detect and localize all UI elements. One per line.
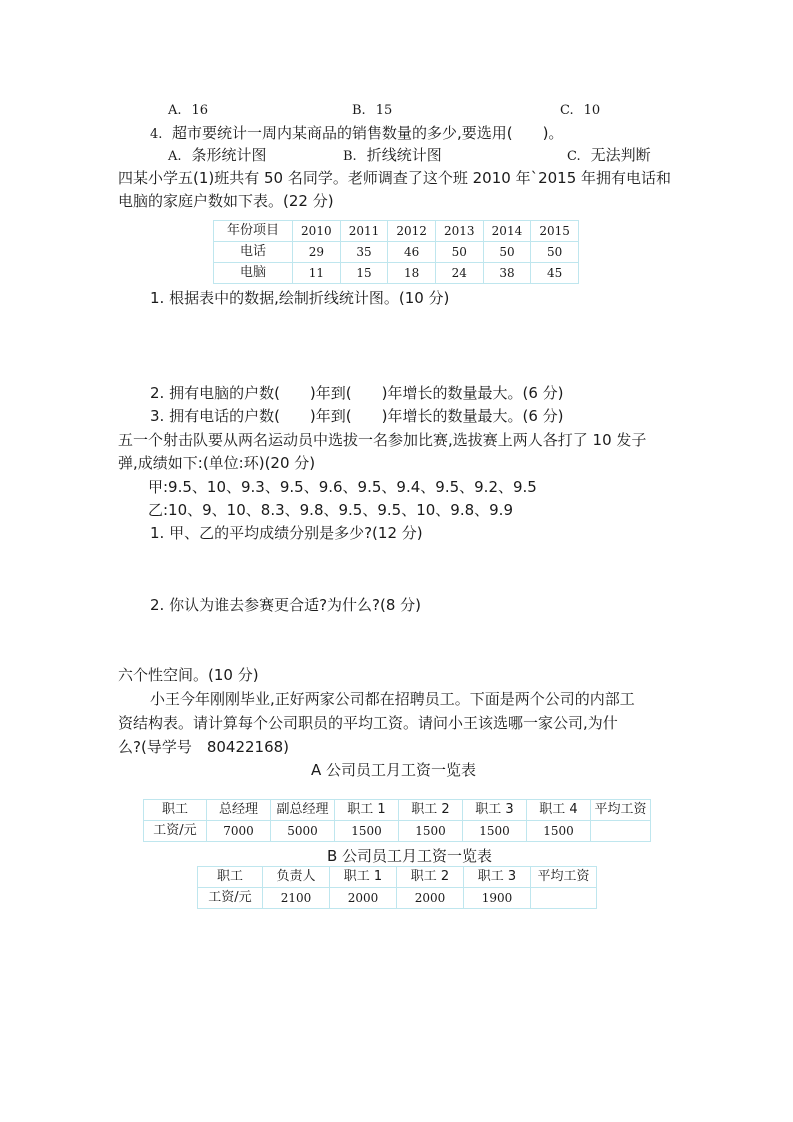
- shooter-jia-scores: 甲:9.5、10、9.3、9.5、9.6、9.5、9.4、9.5、9.2、9.5: [148, 477, 537, 497]
- table-cell: 50: [435, 242, 483, 263]
- table-cell: 工资/元: [198, 888, 263, 909]
- table-cell: 1500: [527, 821, 591, 842]
- table-cell: 1900: [464, 888, 531, 909]
- table-cell: 45: [531, 263, 579, 284]
- table-cell: 1500: [399, 821, 463, 842]
- option-text: 无法判断: [591, 146, 651, 164]
- table-cell: 平均工资: [591, 800, 651, 821]
- option-text: 条形统计图: [192, 146, 267, 164]
- section-5-question-1: 1. 甲、乙的平均成绩分别是多少?(12 分): [150, 523, 423, 543]
- section-5-question-2: 2. 你认为谁去参赛更合适?为什么?(8 分): [150, 595, 421, 615]
- question-text: 超市要统计一周内某商品的销售数量的多少,要选用( )。: [172, 124, 563, 142]
- q3-option-b: B.15: [352, 99, 392, 121]
- q4-option-b: B.折线统计图: [343, 145, 442, 167]
- q3-option-a: A.16: [168, 99, 208, 121]
- table-row: 工资/元 7000 5000 1500 1500 1500 1500: [144, 821, 651, 842]
- section-6-title: 六个性空间。(10 分): [118, 665, 259, 685]
- table-header-row: 职工 总经理 副总经理 职工 1 职工 2 职工 3 职工 4 平均工资: [144, 800, 651, 821]
- question-number: 4.: [150, 127, 162, 142]
- table-cell: 职工 2: [399, 800, 463, 821]
- section-4-question-1: 1. 根据表中的数据,绘制折线统计图。(10 分): [150, 288, 449, 308]
- table-cell: 50: [531, 242, 579, 263]
- table-row: 电话 29 35 46 50 50 50: [214, 242, 579, 263]
- q4-option-c: C.无法判断: [567, 145, 651, 167]
- table-cell: 2012: [388, 221, 436, 242]
- table-cell: 5000: [271, 821, 335, 842]
- table-cell: 15: [340, 263, 388, 284]
- table-cell: 职工 1: [330, 867, 397, 888]
- option-key: B.: [343, 149, 357, 164]
- table-cell: 24: [435, 263, 483, 284]
- table-cell: 7000: [207, 821, 271, 842]
- table-cell: 1500: [463, 821, 527, 842]
- option-key: C.: [567, 149, 581, 164]
- section-6-paragraph-line-3: 么?(导学号 80422168): [118, 737, 289, 757]
- table-cell: 职工 3: [463, 800, 527, 821]
- option-text: 16: [192, 103, 209, 118]
- section-5-intro-line-1: 五一个射击队要从两名运动员中选拔一名参加比赛,选拔赛上两人各打了 10 发子: [118, 430, 646, 450]
- table-header-row: 年份项目 2010 2011 2012 2013 2014 2015: [214, 221, 579, 242]
- table-cell: 2011: [340, 221, 388, 242]
- table-a-caption: A 公司员工月工资一览表: [311, 760, 476, 780]
- q4-option-a: A.条形统计图: [168, 145, 267, 167]
- section-5-intro-line-2: 弹,成绩如下:(单位:环)(20 分): [118, 453, 315, 473]
- option-key: B.: [352, 103, 366, 118]
- table-cell: 2015: [531, 221, 579, 242]
- q3-option-c: C.10: [560, 99, 600, 121]
- table-row: 电脑 11 15 18 24 38 45: [214, 263, 579, 284]
- option-key: A.: [168, 103, 182, 118]
- section-4-question-2: 2. 拥有电脑的户数( )年到( )年增长的数量最大。(6 分): [150, 383, 564, 403]
- table-cell: 电脑: [214, 263, 293, 284]
- average-salary-blank[interactable]: [531, 888, 597, 909]
- company-a-salary-table: 职工 总经理 副总经理 职工 1 职工 2 职工 3 职工 4 平均工资 工资/…: [143, 799, 651, 842]
- section-6-paragraph-line-2: 资结构表。请计算每个公司职员的平均工资。请问小王该选哪一家公司,为什: [118, 713, 618, 733]
- table-cell: 2010: [293, 221, 341, 242]
- table-cell: 35: [340, 242, 388, 263]
- table-cell: 职工 2: [397, 867, 464, 888]
- option-text: 15: [376, 103, 393, 118]
- table-cell: 副总经理: [271, 800, 335, 821]
- shooter-yi-scores: 乙:10、9、10、8.3、9.8、9.5、9.5、10、9.8、9.9: [148, 500, 513, 520]
- table-cell: 38: [483, 263, 531, 284]
- table-cell: 职工: [198, 867, 263, 888]
- table-row: 工资/元 2100 2000 2000 1900: [198, 888, 597, 909]
- average-salary-blank[interactable]: [591, 821, 651, 842]
- table-cell: 年份项目: [214, 221, 293, 242]
- table-cell: 工资/元: [144, 821, 207, 842]
- table-cell: 46: [388, 242, 436, 263]
- table-cell: 2100: [263, 888, 330, 909]
- section-4-question-3: 3. 拥有电话的户数( )年到( )年增长的数量最大。(6 分): [150, 406, 564, 426]
- table-cell: 职工: [144, 800, 207, 821]
- table-cell: 2000: [397, 888, 464, 909]
- question-4: 4. 超市要统计一周内某商品的销售数量的多少,要选用( )。: [150, 123, 563, 145]
- option-key: C.: [560, 103, 574, 118]
- table-cell: 11: [293, 263, 341, 284]
- table-cell: 总经理: [207, 800, 271, 821]
- table-cell: 平均工资: [531, 867, 597, 888]
- table-cell: 18: [388, 263, 436, 284]
- table-header-row: 职工 负责人 职工 1 职工 2 职工 3 平均工资: [198, 867, 597, 888]
- table-cell: 职工 1: [335, 800, 399, 821]
- option-key: A.: [168, 149, 182, 164]
- option-text: 折线统计图: [367, 146, 442, 164]
- section-4-intro-line-2: 电脑的家庭户数如下表。(22 分): [118, 191, 334, 211]
- table-cell: 负责人: [263, 867, 330, 888]
- table-cell: 职工 4: [527, 800, 591, 821]
- table-cell: 2000: [330, 888, 397, 909]
- table-cell: 50: [483, 242, 531, 263]
- table-cell: 电话: [214, 242, 293, 263]
- table-cell: 职工 3: [464, 867, 531, 888]
- company-b-salary-table: 职工 负责人 职工 1 职工 2 职工 3 平均工资 工资/元 2100 200…: [197, 866, 597, 909]
- table-b-caption: B 公司员工月工资一览表: [327, 846, 492, 866]
- table-cell: 29: [293, 242, 341, 263]
- table-cell: 2013: [435, 221, 483, 242]
- option-text: 10: [584, 103, 601, 118]
- section-6-paragraph-line-1: 小王今年刚刚毕业,正好两家公司都在招聘员工。下面是两个公司的内部工: [150, 689, 635, 709]
- table-cell: 1500: [335, 821, 399, 842]
- phone-computer-table: 年份项目 2010 2011 2012 2013 2014 2015 电话 29…: [213, 220, 579, 284]
- table-cell: 2014: [483, 221, 531, 242]
- section-4-intro-line-1: 四某小学五(1)班共有 50 名同学。老师调查了这个班 2010 年`2015 …: [118, 168, 671, 188]
